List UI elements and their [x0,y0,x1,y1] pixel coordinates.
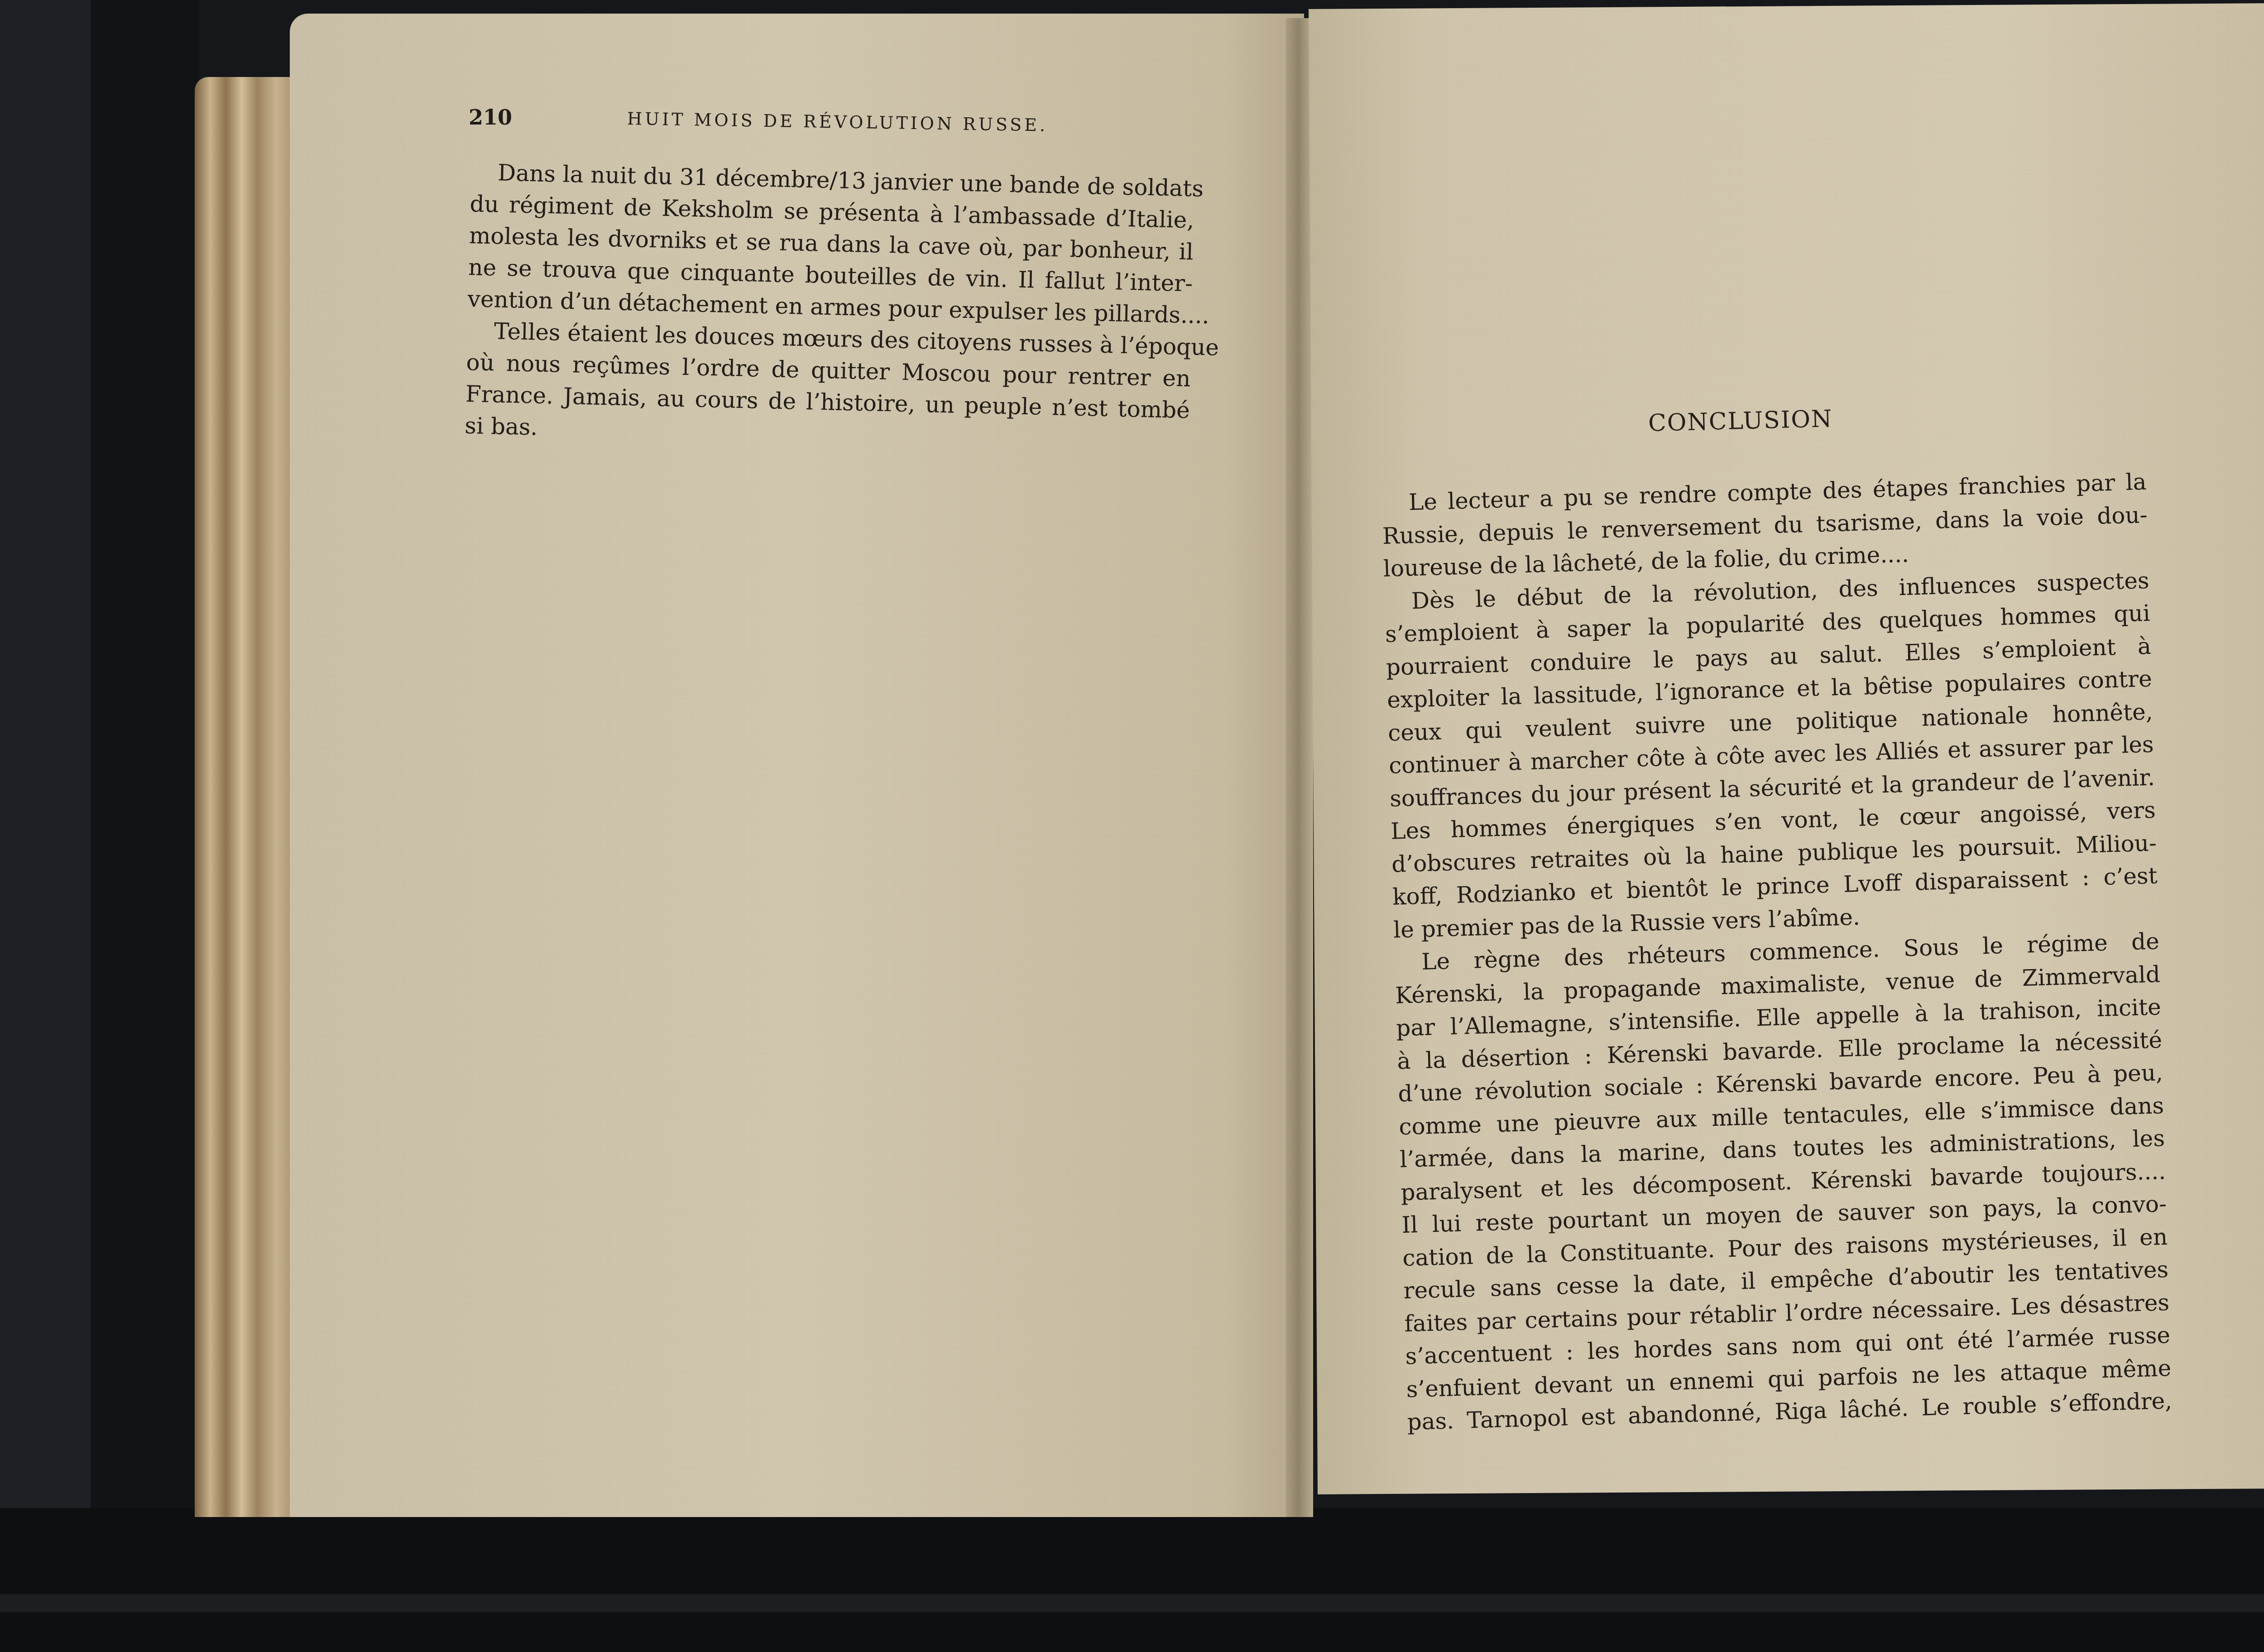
page-block-edge [195,77,299,1517]
chapter-title: CONCLUSION [1648,405,1833,437]
page-number: 210 [469,105,512,130]
right-page-body: Le lecteur a pu se rendre compte des éta… [1381,466,2173,1439]
book-gutter [1286,18,1313,1517]
left-page-body: Dans la nuit du 31 décembre/13 janvier u… [465,156,1195,458]
background-frame-left [0,0,91,1652]
background-base-rail [0,1594,2264,1612]
background-base [0,1508,2264,1652]
background-frame-left-inner [91,0,199,1652]
